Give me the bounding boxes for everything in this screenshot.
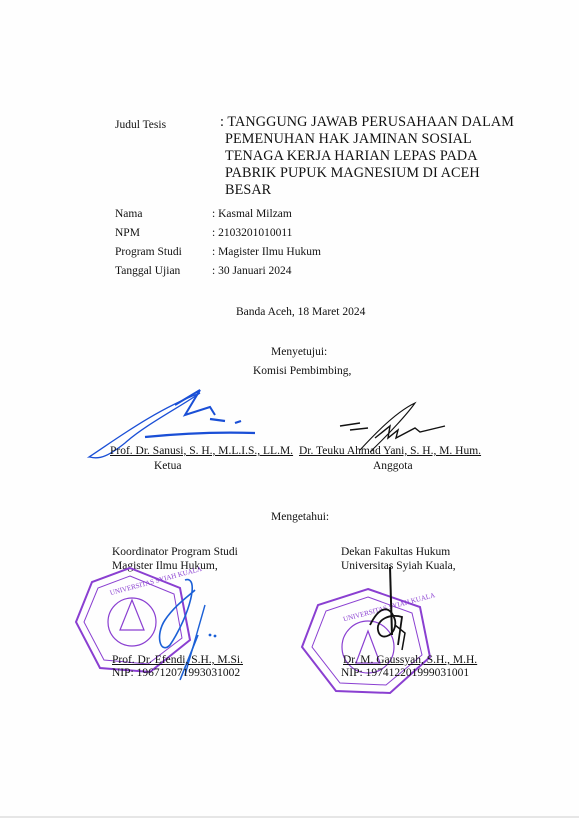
coordinator-title-line-1: Koordinator Program Studi: [112, 546, 238, 558]
place-date: Banda Aceh, 18 Maret 2024: [236, 306, 365, 318]
thesis-title-line-4: PABRIK PUPUK MAGNESIUM DI ACEH: [225, 165, 480, 182]
coordinator-nip: NIP: 196712071993031002: [112, 667, 240, 679]
field-label-exam-date: Tanggal Ujian: [115, 265, 180, 277]
thesis-title-line-5: BESAR: [225, 182, 271, 199]
acknowledgement-heading: Mengetahui:: [271, 511, 329, 523]
thesis-title-line-3: TENAGA KERJA HARIAN LEPAS PADA: [225, 148, 478, 165]
field-label-name: Nama: [115, 208, 142, 220]
committee-label: Komisi Pembimbing,: [253, 365, 351, 377]
field-value-program: : Magister Ilmu Hukum: [212, 246, 321, 258]
anggota-role: Anggota: [373, 460, 413, 472]
dean-name: Dr. M. Gaussyah, S.H., M.H.: [343, 654, 477, 666]
field-value-exam-date: : 30 Januari 2024: [212, 265, 292, 277]
dean-nip: NIP: 197412201999031001: [341, 667, 469, 679]
field-label-npm: NPM: [115, 227, 140, 239]
field-label-program: Program Studi: [115, 246, 182, 258]
thesis-title-line-1: : TANGGUNG JAWAB PERUSAHAAN DALAM: [220, 114, 514, 131]
ketua-name: Prof. Dr. Sanusi, S. H., M.L.I.S., LL.M.: [110, 445, 293, 457]
thesis-title-line-2: PEMENUHAN HAK JAMINAN SOSIAL: [225, 131, 472, 148]
anggota-name: Dr. Teuku Ahmad Yani, S. H., M. Hum.: [299, 445, 481, 457]
dean-title-line-1: Dekan Fakultas Hukum: [341, 546, 450, 558]
approval-heading: Menyetujui:: [271, 346, 327, 358]
field-value-name: : Kasmal Milzam: [212, 208, 292, 220]
ketua-role: Ketua: [154, 460, 181, 472]
field-value-npm: : 2103201010011: [212, 227, 292, 239]
thesis-title-label: Judul Tesis: [115, 119, 166, 131]
coordinator-name: Prof. Dr. Efendi, S.H., M.Si.: [112, 654, 243, 666]
